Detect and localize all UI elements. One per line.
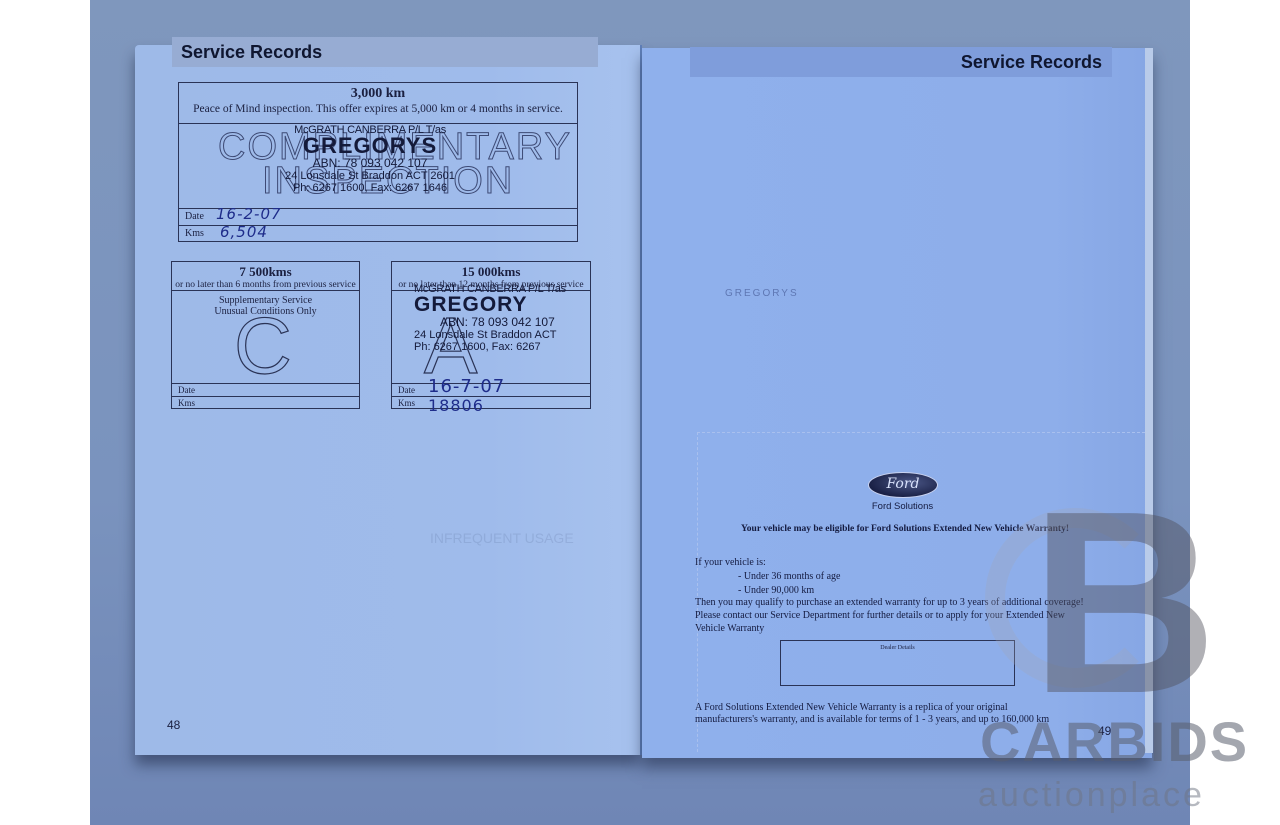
ford-solutions-label: Ford Solutions	[840, 501, 965, 513]
watermark-tagline: auctionplace	[978, 775, 1205, 815]
dealer-stamp-1: McGRATH CANBERRA P/L T/as GREGORYS ABN: …	[270, 124, 470, 194]
condition-age: - Under 36 months of age	[738, 571, 840, 583]
kms-label: Kms	[178, 398, 195, 408]
stamp-abn: ABN: 78 093 042 107	[414, 315, 594, 329]
divider	[172, 290, 359, 291]
condition-km: - Under 90,000 km	[738, 585, 814, 597]
ford-logo: Ford	[868, 472, 938, 498]
handwritten-kms-1: 6,504	[220, 223, 268, 241]
dealer-stamp-2: McGRATH CANBERRA P/L T/as GREGORY ABN: 7…	[414, 283, 594, 353]
handwritten-date-2: 16-7-07	[428, 376, 505, 397]
watermark-brand: CARBIDS	[980, 712, 1249, 772]
condition-intro: If your vehicle is:	[695, 557, 766, 569]
date-label: Date	[398, 385, 415, 395]
stamp-address: 24 Lonsdale St Braddon ACT	[414, 329, 594, 341]
record-7500-subtitle: or no later than 6 months from previous …	[172, 280, 359, 290]
body-line-3: Vehicle Warranty	[695, 623, 764, 635]
record-7500-title: 7 500kms	[172, 264, 359, 280]
stamp-brand: GREGORYS	[270, 136, 470, 156]
bleed-through-text: INFREQUENT USAGE	[430, 530, 574, 546]
page-number-left: 48	[167, 718, 180, 732]
record-3000-title: 3,000 km	[179, 86, 577, 102]
handwritten-date-1: 16-2-07	[216, 205, 282, 223]
stamp-address: 24 Lonsdale St Braddon ACT 2601	[270, 170, 470, 182]
right-page-header: Service Records	[690, 47, 1112, 77]
date-label: Date	[178, 385, 195, 395]
record-3000-subtitle: Peace of Mind inspection. This offer exp…	[179, 103, 577, 115]
handwritten-kms-2: 18806	[428, 396, 484, 415]
perforation-line	[697, 432, 1145, 433]
kms-label: Kms	[185, 228, 204, 239]
dealer-details-box: Dealer Details	[780, 640, 1015, 686]
left-page-header: Service Records	[172, 37, 598, 67]
footer-line-1: A Ford Solutions Extended New Vehicle Wa…	[695, 702, 1008, 714]
service-letter-c: C	[234, 300, 292, 392]
stamp-phone: Ph: 6267 1600, Fax: 6267	[414, 341, 594, 353]
record-15000-title: 15 000kms	[392, 264, 590, 280]
stamp-abn: ABN: 78 093 042 107	[270, 156, 470, 170]
stamp-brand: GREGORY	[414, 295, 594, 315]
record-7500-kms-row: Kms	[172, 396, 359, 409]
kms-label: Kms	[398, 398, 415, 408]
record-15000-kms-row: Kms	[392, 396, 590, 409]
faint-stamp: GREGORYS	[725, 288, 799, 300]
dealer-details-label: Dealer Details	[781, 645, 1014, 651]
carbids-logo-letter: B	[1030, 508, 1255, 708]
stamp-phone: Ph: 6267 1600, Fax: 6267 1646	[270, 182, 470, 194]
date-label: Date	[185, 211, 204, 222]
